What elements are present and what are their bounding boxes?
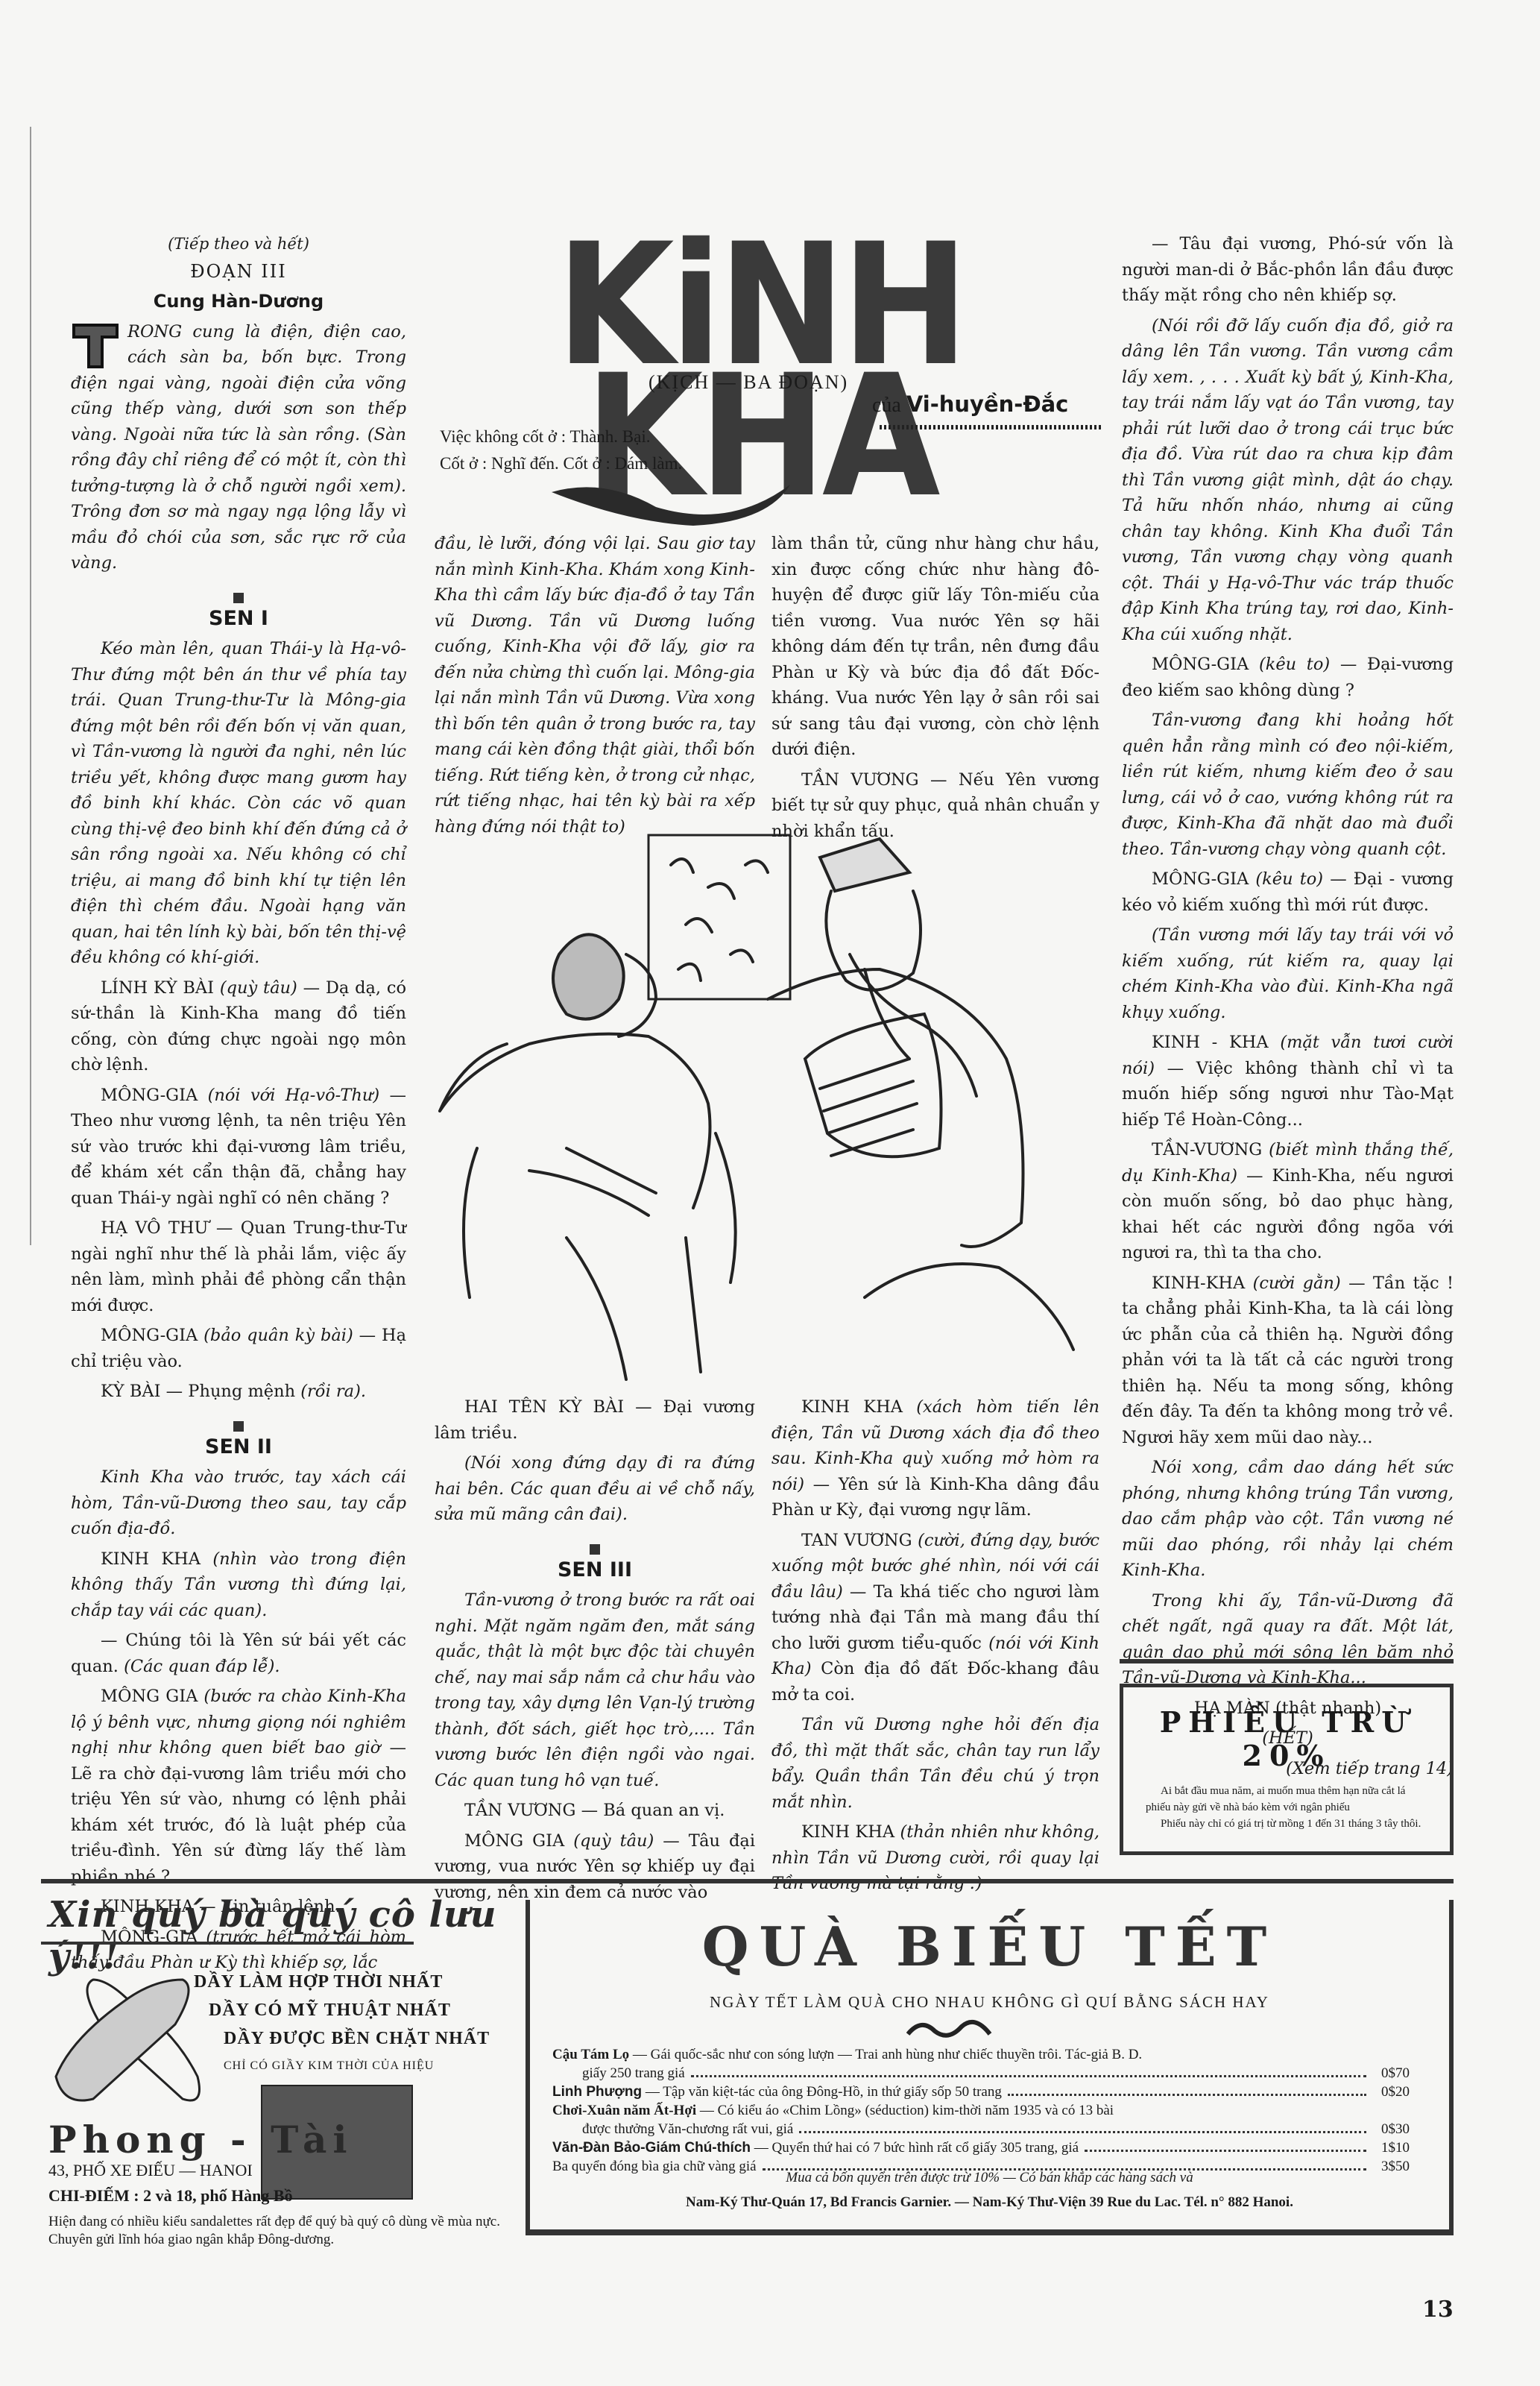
book-item: Cậu Tám Lọ — Gái quốc-sắc như con sóng l…: [552, 2045, 1410, 2064]
shoes-illustration-icon: [48, 1972, 220, 2106]
dialogue: MÔNG-GIA (bảo quân kỳ bài) — Hạ chỉ triệ…: [71, 1323, 406, 1374]
stage-direction: Tần vũ Dương nghe hỏi đến địa đồ, thì mặ…: [771, 1712, 1099, 1815]
continued-note: (Tiếp theo và hết): [71, 231, 406, 257]
shop-address: 43, PHỐ XE ĐIẾU — HANOI: [48, 2161, 253, 2180]
dialogue: KINH KHA (xách hòm tiến lên điện, Tần vũ…: [771, 1394, 1099, 1523]
stage-direction: (Nói xong đứng dạy đi ra đứng hai bên. C…: [435, 1450, 755, 1528]
ad-note: Mua cả bốn quyển trên được trừ 10% — Có …: [530, 2170, 1449, 2186]
dialogue: KINH-KHA (cười gằn) — Tần tặc ! ta chẳng…: [1122, 1271, 1454, 1451]
brand-name: Phong - Tài: [48, 2118, 353, 2162]
section-ornament-icon: [233, 593, 244, 603]
dialogue: TẦN VƯƠNG — Bá quan an vị.: [435, 1798, 755, 1824]
scene-heading: SEN III: [435, 1558, 755, 1584]
stage-direction: (Tần vương mới lấy tay trái với vỏ kiếm …: [1122, 922, 1454, 1025]
dialogue: MÔNG-GIA (kêu to) — Đại - vương kéo vỏ k…: [1122, 866, 1454, 918]
ad-claim: DẦY LÀM HỢP THỜI NHẤT: [194, 1972, 443, 1992]
ad-claim: DẦY ĐƯỢC BỀN CHẶT NHẤT: [224, 2029, 490, 2049]
coupon-title: PHIẾU TRỪ 20%: [1146, 1705, 1427, 1772]
column-1: (Tiếp theo và hết) ĐOẠN III Cung Hàn-Dươ…: [71, 231, 406, 1980]
divider: [41, 1942, 414, 1945]
column-3-top: làm thần tử, cũng như hàng chư hầu, xin …: [771, 531, 1099, 849]
dialogue: — Tâu đại vương, Phó-sứ vốn là người man…: [1122, 231, 1454, 309]
stage-direction: đầu, lè lưỡi, đóng vội lại. Sau giơ tay …: [435, 531, 755, 840]
byline-underline: [880, 425, 1103, 429]
stage-direction: Tần-vương ở trong bước ra rất oai nghi. …: [435, 1587, 755, 1793]
column-2-bottom: HAI TÊN KỲ BÀI — Đại vương lâm triều. (N…: [435, 1394, 755, 1910]
swoosh-ornament-icon: [544, 477, 835, 529]
ad-footer: Hiện đang có nhiều kiểu sandalettes rất …: [48, 2213, 518, 2249]
dialogue: HAI TÊN KỲ BÀI — Đại vương lâm triều.: [435, 1394, 755, 1446]
author-name: Vi-huyền-Đắc: [906, 391, 1069, 417]
ad-claim: CHỈ CÓ GIẦY KIM THỜI CỦA HIỆU: [224, 2059, 434, 2073]
ad-claim: DẦY CÓ MỸ THUẬT NHẤT: [209, 2001, 451, 2021]
dialogue: — Chúng tôi là Yên sứ bái yết các quan. …: [71, 1628, 406, 1679]
book-list: Cậu Tám Lọ — Gái quốc-sắc như con sóng l…: [552, 2045, 1410, 2176]
dialogue: KINH - KHA (mặt vẫn tươi cười nói) — Việ…: [1122, 1030, 1454, 1133]
drop-cap-t-icon: [71, 321, 120, 370]
book-item: Chơi-Xuân năm Ất-Hợi — Có kiểu áo «Chim …: [552, 2101, 1410, 2120]
column-4: — Tâu đại vương, Phó-sứ vốn là người man…: [1122, 231, 1454, 1786]
column-2-top: đầu, lè lưỡi, đóng vội lại. Sau giơ tay …: [435, 531, 755, 844]
book-item-price-line: được thưởng Văn-chương rất vui, giá0$30: [552, 2120, 1410, 2138]
scene-heading: SEN II: [71, 1435, 406, 1461]
page-edge: [30, 127, 31, 1245]
ad-title: QUÀ BIẾU TẾT: [530, 1915, 1449, 1978]
dialogue: HẠ VÔ THƯ — Quan Trung-thư-Tư ngài nghĩ …: [71, 1215, 406, 1318]
page-number: 13: [1422, 2297, 1454, 2323]
ad-stores: Nam-Ký Thư-Quán 17, Bd Francis Garnier. …: [530, 2194, 1449, 2211]
coupon-text: Ai bắt đầu mua năm, ai muốn mua thêm hạn…: [1146, 1783, 1427, 1816]
article-subtitle: (KỊCH — BA ĐOẠN): [648, 371, 848, 394]
ad-subtitle: NGÀY TẾT LÀM QUÀ CHO NHAU KHÔNG GÌ QUÍ B…: [530, 1993, 1449, 2012]
discount-coupon[interactable]: PHIẾU TRỪ 20% Ai bắt đầu mua năm, ai muố…: [1120, 1684, 1454, 1855]
book-item: Văn-Đàn Bảo-Giám Chú-thích — Quyển thứ h…: [552, 2138, 1410, 2157]
dialogue: KỲ BÀI — Phụng mệnh (rồi ra).: [71, 1379, 406, 1405]
stage-direction: (Nói rồi đỡ lấy cuốn địa đồ, giở ra dâng…: [1122, 313, 1454, 648]
dialogue: KINH KHA (thản nhiên như không, nhìn Tần…: [771, 1819, 1099, 1897]
divider: [1120, 1659, 1454, 1663]
stage-direction: Kinh Kha vào trước, tay xách cái hòm, Tầ…: [71, 1464, 406, 1542]
epigraph-line: Cốt ở : Nghĩ đến. Cốt ở : Dám làm.: [440, 450, 682, 477]
dialogue: MÔNG-GIA (nói với Hạ-vô-Thư) — Theo như …: [71, 1083, 406, 1212]
coupon-validity: Phiếu này chỉ có giá trị từ mồng 1 đến 3…: [1146, 1816, 1427, 1832]
dialogue: KINH KHA (nhìn vào trong điện không thấy…: [71, 1546, 406, 1624]
scene-place: Cung Hàn-Dương: [71, 289, 406, 315]
byline: của Vi-huyền-Đắc: [872, 391, 1068, 418]
stage-direction: Tần-vương đang khi hoảng hốt quên hẳn rằ…: [1122, 708, 1454, 862]
dialogue: TẦN-VƯƠNG (biết mình thắng thế, dụ Kinh-…: [1122, 1137, 1454, 1266]
intro-text: RONG cung là điện, điện cao, cách sàn ba…: [71, 319, 406, 576]
byline-prefix: của: [872, 394, 901, 417]
act-heading: ĐOẠN III: [71, 259, 406, 285]
branch-address: CHI-ĐIẾM : 2 và 18, phố Hàng Bồ: [48, 2186, 293, 2206]
dialogue: LÍNH KỲ BÀI (quỳ tâu) — Dạ dạ, có sứ-thầ…: [71, 975, 406, 1078]
book-item: Linh Phượng — Tập văn kiệt-tác của ông Đ…: [552, 2083, 1410, 2101]
illustration-kinh-kha-and-king: [417, 820, 1103, 1387]
dialogue: làm thần tử, cũng như hàng chư hầu, xin …: [771, 531, 1099, 763]
shoe-advertisement: Xin quý bà quý cô lưu ý!!! DẦY LÀM HỢP T…: [41, 1879, 522, 2252]
epigraph-line: Việc không cốt ở : Thành. Bại.: [440, 424, 682, 450]
dialogue: MÔNG-GIA (kêu to) — Đại-vương đeo kiếm s…: [1122, 652, 1454, 703]
ad-slogan: Xin quý bà quý cô lưu ý!!!: [48, 1894, 522, 1977]
section-ornament-icon: [590, 1544, 600, 1555]
epigraph: Việc không cốt ở : Thành. Bại. Cốt ở : N…: [440, 424, 682, 477]
book-advertisement: QUÀ BIẾU TẾT NGÀY TẾT LÀM QUÀ CHO NHAU K…: [526, 1900, 1454, 2235]
drop-cap: [71, 321, 120, 370]
scene-heading: SEN I: [71, 606, 406, 632]
section-ornament-icon: [233, 1421, 244, 1432]
stage-direction: Trong khi ấy, Tần-vũ-Dương đã chết ngất,…: [1122, 1588, 1454, 1691]
dialogue: MÔNG GIA (bước ra chào Kinh-Kha lộ ý bên…: [71, 1684, 406, 1889]
stage-direction: Kéo màn lên, quan Thái-y là Hạ-vô-Thư đứ…: [71, 636, 406, 971]
dialogue: TAN VƯƠNG (cười, đứng dạy, bước xuống mộ…: [771, 1528, 1099, 1708]
book-item-price-line: giấy 250 trang giá0$70: [552, 2064, 1410, 2083]
article-title: KiNH KHA: [414, 240, 1107, 371]
wave-ornament-icon: [906, 2018, 992, 2040]
stage-direction: Nói xong, cầm dao dáng hết sức phóng, nh…: [1122, 1455, 1454, 1584]
column-3-bottom: KINH KHA (xách hòm tiến lên điện, Tần vũ…: [771, 1394, 1099, 1901]
